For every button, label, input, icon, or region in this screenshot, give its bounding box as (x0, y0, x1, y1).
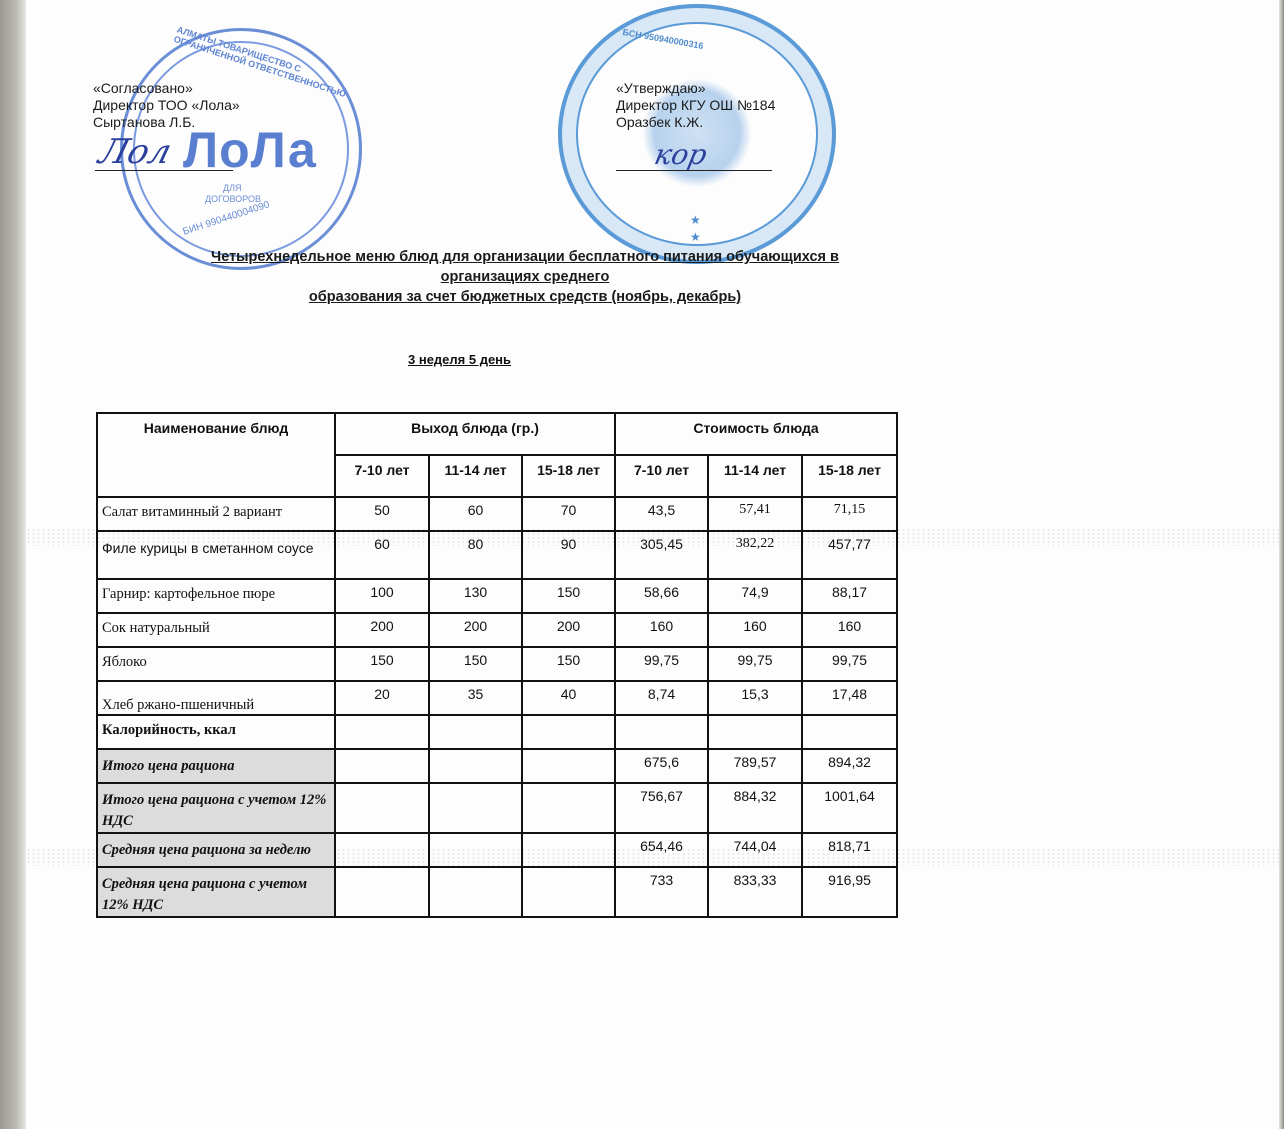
star-icon: ★ (690, 230, 701, 244)
title-line-1: Четырехнедельное меню блюд для организац… (140, 247, 910, 267)
header-age-group: 15-18 лет (802, 455, 897, 497)
total-row: Итого цена рациона с учетом 12% НДС756,6… (97, 783, 897, 833)
total-row: Средняя цена рациона с учетом 12% НДС733… (97, 867, 897, 917)
dish-name: Сок натуральный (97, 613, 335, 647)
table-row: Хлеб ржано-пшеничный2035408,7415,317,48 (97, 681, 897, 715)
output-grams: 80 (429, 531, 522, 579)
dish-name: Гарнир: картофельное пюре (97, 579, 335, 613)
dish-cost: 457,77 (802, 531, 897, 579)
total-label: Средняя цена рациона с учетом 12% НДС (97, 867, 335, 917)
dish-cost: 74,9 (708, 579, 802, 613)
dish-cost: 160 (802, 613, 897, 647)
title-line-2: организациях среднего (140, 267, 910, 287)
output-grams: 150 (522, 647, 615, 681)
header-age-group: 11-14 лет (708, 455, 802, 497)
empty-cell (335, 833, 429, 867)
output-grams: 100 (335, 579, 429, 613)
dish-cost: 43,5 (615, 497, 708, 531)
total-cost: 675,6 (615, 749, 708, 783)
approval-agreed: «Согласовано» Директор ТОО «Лола» Сыртан… (93, 80, 240, 131)
approval-label: «Утверждаю» (616, 80, 775, 97)
star-icon: ★ (690, 213, 701, 227)
total-row: Средняя цена рациона за неделю654,46744,… (97, 833, 897, 867)
output-grams: 40 (522, 681, 615, 715)
total-label: Итого цена рациона с учетом 12% НДС (97, 783, 335, 833)
calories-value (429, 715, 522, 749)
document-title: Четырехнедельное меню блюд для организац… (140, 247, 910, 307)
total-label: Средняя цена рациона за неделю (97, 833, 335, 867)
table-row: Яблоко15015015099,7599,7599,75 (97, 647, 897, 681)
approval-position: Директор КГУ ОШ №184 (616, 97, 775, 114)
total-cost: 833,33 (708, 867, 802, 917)
table-row: Салат витаминный 2 вариант50607043,557,4… (97, 497, 897, 531)
dish-cost: 160 (615, 613, 708, 647)
dish-cost: 17,48 (802, 681, 897, 715)
output-grams: 130 (429, 579, 522, 613)
dish-cost: 57,41 (708, 497, 802, 531)
approval-position: Директор ТОО «Лола» (93, 97, 240, 114)
total-cost: 654,46 (615, 833, 708, 867)
calories-value (802, 715, 897, 749)
header-age-group: 7-10 лет (335, 455, 429, 497)
total-cost: 916,95 (802, 867, 897, 917)
dish-cost: 305,45 (615, 531, 708, 579)
calories-value (522, 715, 615, 749)
empty-cell (522, 783, 615, 833)
total-cost: 1001,64 (802, 783, 897, 833)
calories-label: Калорийность, ккал (97, 715, 335, 749)
empty-cell (335, 749, 429, 783)
dish-cost: 15,3 (708, 681, 802, 715)
total-label: Итого цена рациона (97, 749, 335, 783)
dish-name: Филе курицы в сметанном соусе (97, 531, 335, 579)
calories-row: Калорийность, ккал (97, 715, 897, 749)
output-grams: 60 (429, 497, 522, 531)
header-dish-name: Наименование блюд (97, 413, 335, 497)
total-cost: 818,71 (802, 833, 897, 867)
empty-cell (522, 867, 615, 917)
dish-cost: 99,75 (802, 647, 897, 681)
dish-cost: 99,75 (615, 647, 708, 681)
header-cost: Стоимость блюда (615, 413, 897, 455)
output-grams: 200 (429, 613, 522, 647)
approval-approved: «Утверждаю» Директор КГУ ОШ №184 Оразбек… (616, 80, 775, 131)
output-grams: 60 (335, 531, 429, 579)
header-output: Выход блюда (гр.) (335, 413, 615, 455)
dish-cost: 382,22 (708, 531, 802, 579)
output-grams: 90 (522, 531, 615, 579)
output-grams: 150 (335, 647, 429, 681)
empty-cell (522, 749, 615, 783)
empty-cell (522, 833, 615, 867)
signature-line (616, 170, 772, 171)
output-grams: 20 (335, 681, 429, 715)
table-row: Сок натуральный200200200160160160 (97, 613, 897, 647)
calories-value (615, 715, 708, 749)
output-grams: 150 (522, 579, 615, 613)
stamp-school: БСН 950940000316 ★ ★ (558, 4, 836, 264)
header-age-group: 11-14 лет (429, 455, 522, 497)
empty-cell (429, 783, 522, 833)
approval-name: Оразбек К.Ж. (616, 114, 775, 131)
approval-name: Сыртанова Л.Б. (93, 114, 240, 131)
week-day-subtitle: 3 неделя 5 день (408, 352, 511, 367)
total-row: Итого цена рациона675,6789,57894,32 (97, 749, 897, 783)
total-cost: 894,32 (802, 749, 897, 783)
dish-name: Салат витаминный 2 вариант (97, 497, 335, 531)
dish-cost: 160 (708, 613, 802, 647)
dish-cost: 99,75 (708, 647, 802, 681)
dish-cost: 88,17 (802, 579, 897, 613)
dish-cost: 71,15 (802, 497, 897, 531)
header-age-group: 7-10 лет (615, 455, 708, 497)
approval-label: «Согласовано» (93, 80, 240, 97)
total-cost: 756,67 (615, 783, 708, 833)
total-cost: 789,57 (708, 749, 802, 783)
output-grams: 35 (429, 681, 522, 715)
signature-right: кор (651, 138, 710, 171)
menu-table: Наименование блюд Выход блюда (гр.) Стои… (96, 412, 898, 918)
stamp-ring-text: БСН 950940000316 (622, 27, 704, 51)
scan-edge-right (1279, 0, 1284, 1129)
empty-cell (429, 867, 522, 917)
calories-value (708, 715, 802, 749)
header-age-group: 15-18 лет (522, 455, 615, 497)
output-grams: 200 (522, 613, 615, 647)
table-row: Гарнир: картофельное пюре10013015058,667… (97, 579, 897, 613)
output-grams: 50 (335, 497, 429, 531)
empty-cell (335, 867, 429, 917)
title-line-3: образования за счет бюджетных средств (н… (140, 287, 910, 307)
stamp-sub1: ДЛЯ (223, 183, 242, 193)
total-cost: 884,32 (708, 783, 802, 833)
dish-cost: 8,74 (615, 681, 708, 715)
stamp-sub2: ДОГОВОРОВ (205, 194, 261, 204)
empty-cell (335, 783, 429, 833)
empty-cell (429, 833, 522, 867)
calories-value (335, 715, 429, 749)
output-grams: 70 (522, 497, 615, 531)
output-grams: 200 (335, 613, 429, 647)
total-cost: 733 (615, 867, 708, 917)
dish-name: Хлеб ржано-пшеничный (97, 681, 335, 715)
table-row: Филе курицы в сметанном соусе608090305,4… (97, 531, 897, 579)
dish-cost: 58,66 (615, 579, 708, 613)
signature-line (95, 170, 233, 171)
empty-cell (429, 749, 522, 783)
total-cost: 744,04 (708, 833, 802, 867)
stamp-bin: БИН 990440004090 (182, 199, 271, 237)
signature-left: Лол (95, 132, 176, 172)
scan-edge-left (0, 0, 26, 1129)
output-grams: 150 (429, 647, 522, 681)
dish-name: Яблоко (97, 647, 335, 681)
